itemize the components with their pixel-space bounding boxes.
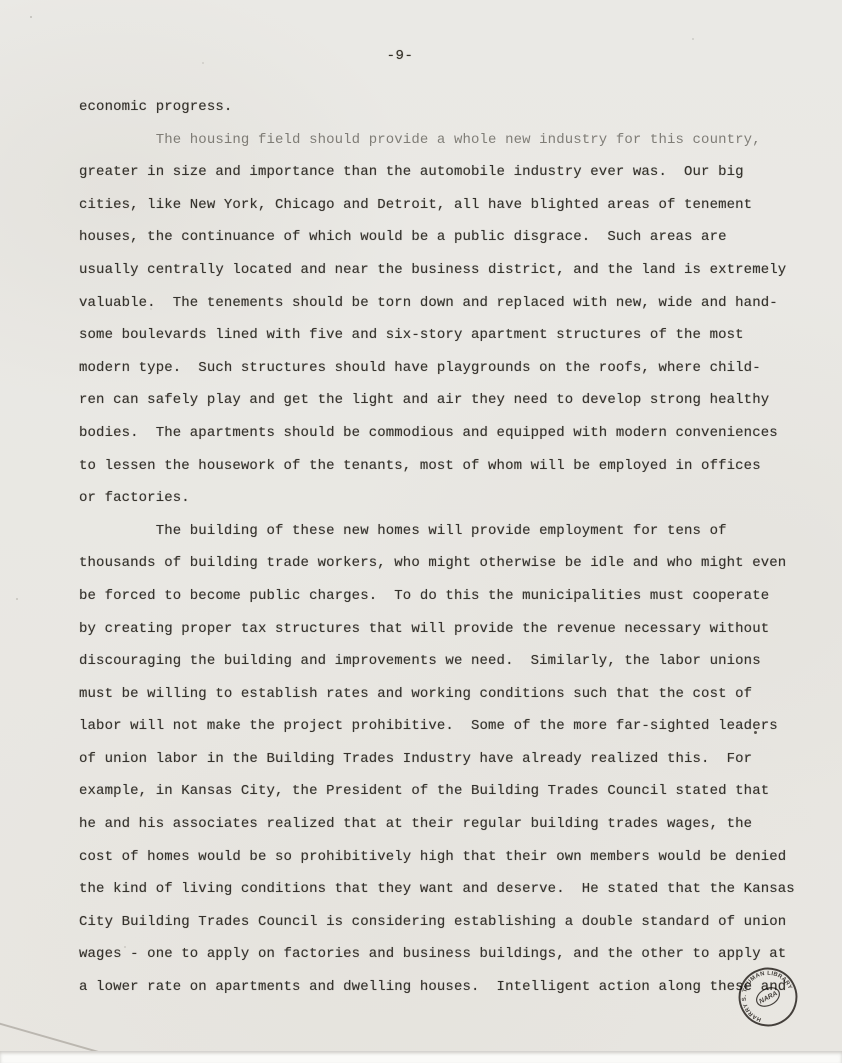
- text-line: The housing field should provide a whole…: [79, 124, 795, 157]
- text-line: wages - one to apply on factories and bu…: [79, 938, 795, 971]
- text-line: by creating proper tax structures that w…: [79, 613, 795, 646]
- text-line: usually centrally located and near the b…: [79, 254, 795, 287]
- page-number: -9-: [0, 48, 800, 64]
- paper-corner-crease: [0, 1021, 102, 1053]
- text-line: be forced to become public charges. To d…: [79, 580, 795, 613]
- text-line: must be willing to establish rates and w…: [79, 678, 795, 711]
- text-line: bodies. The apartments should be commodi…: [79, 417, 795, 450]
- text-line: ren can safely play and get the light an…: [79, 384, 795, 417]
- text-line: The building of these new homes will pro…: [79, 515, 795, 548]
- text-line: of union labor in the Building Trades In…: [79, 743, 795, 776]
- text-line: houses, the continuance of which would b…: [79, 221, 795, 254]
- stamp-graphic: HARRY S. TRUMAN LIBRARY NARA: [735, 965, 801, 1029]
- text-line: greater in size and importance than the …: [79, 156, 795, 189]
- paper-dust-specks: [30, 16, 32, 18]
- text-line: City Building Trades Council is consider…: [79, 906, 795, 939]
- text-line: discouraging the building and improvemen…: [79, 645, 795, 678]
- text-line: cost of homes would be so prohibitively …: [79, 841, 795, 874]
- text-line: to lessen the housework of the tenants, …: [79, 450, 795, 483]
- text-line: valuable. The tenements should be torn d…: [79, 287, 795, 320]
- text-line: thousands of building trade workers, who…: [79, 547, 795, 580]
- stamp-center-text: NARA: [758, 990, 779, 1005]
- document-body: economic progress. The housing field sho…: [79, 91, 795, 1004]
- document-page: -9- economic progress. The housing field…: [0, 0, 842, 1063]
- text-line: some boulevards lined with five and six-…: [79, 319, 795, 352]
- text-line: cities, like New York, Chicago and Detro…: [79, 189, 795, 222]
- text-line: economic progress.: [79, 91, 795, 124]
- text-line: modern type. Such structures should have…: [79, 352, 795, 385]
- text-line: or factories.: [79, 482, 795, 515]
- scan-bottom-edge: [0, 1051, 842, 1063]
- text-line: example, in Kansas City, the President o…: [79, 775, 795, 808]
- text-line: labor will not make the project prohibit…: [79, 710, 795, 743]
- text-line: the kind of living conditions that they …: [79, 873, 795, 906]
- text-line: he and his associates realized that at t…: [79, 808, 795, 841]
- archive-stamp: HARRY S. TRUMAN LIBRARY NARA: [735, 965, 801, 1029]
- text-line: a lower rate on apartments and dwelling …: [79, 971, 795, 1004]
- stray-ink-dot: [754, 731, 757, 734]
